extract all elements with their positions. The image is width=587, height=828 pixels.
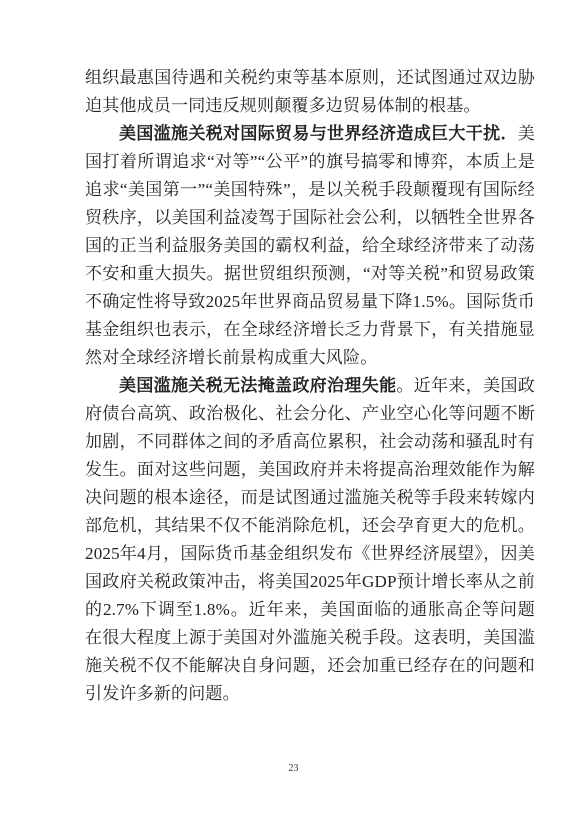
paragraph-text: 组织最惠国待遇和关税约束等基本原则，还试图通过双边胁迫其他成员一同违反规则颠覆多…	[85, 68, 535, 115]
paragraph-lead: 美国滥施关税对国际贸易与世界经济造成巨大干扰．	[119, 124, 518, 143]
paragraph: 美国滥施关税无法掩盖政府治理失能。近年来，美国政府债台高筑、政治极化、社会分化、…	[85, 372, 535, 708]
paragraph-lead: 美国滥施关税无法掩盖政府治理失能	[119, 376, 396, 395]
page-number: 23	[0, 763, 587, 774]
paragraph-text: 。近年来，美国政府债台高筑、政治极化、社会分化、产业空心化等问题不断加剧，不同群…	[85, 376, 535, 703]
paragraph-text: 美国打着所谓追求“对等”“公平”的旗号搞零和博弈，本质上是追求“美国第一”“美国…	[85, 124, 535, 367]
paragraph: 美国滥施关税对国际贸易与世界经济造成巨大干扰．美国打着所谓追求“对等”“公平”的…	[85, 120, 535, 372]
page-content: 组织最惠国待遇和关税约束等基本原则，还试图通过双边胁迫其他成员一同违反规则颠覆多…	[85, 64, 535, 708]
paragraph: 组织最惠国待遇和关税约束等基本原则，还试图通过双边胁迫其他成员一同违反规则颠覆多…	[85, 64, 535, 120]
document-page: 组织最惠国待遇和关税约束等基本原则，还试图通过双边胁迫其他成员一同违反规则颠覆多…	[0, 0, 587, 828]
